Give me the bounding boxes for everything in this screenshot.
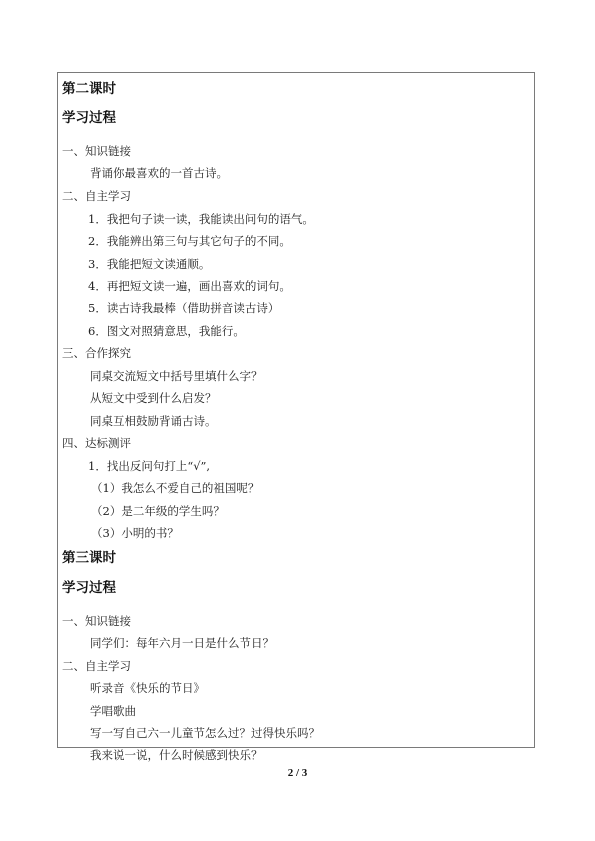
lesson2-section2-item: 6．图文对照猜意思，我能行。 [88,324,245,338]
lesson2-section1-item: 背诵你最喜欢的一首古诗。 [90,166,228,180]
lesson2-section3-item: 从短文中受到什么启发？ [90,391,217,405]
page-number: 2 / 3 [0,767,595,779]
lesson3-title: 第三课时 [62,550,116,566]
lesson2-section3-item: 同桌交流短文中括号里填什么字？ [90,369,263,383]
lesson3-section1-item: 同学们：每年六月一日是什么节日？ [90,636,274,650]
lesson2-section2-item: 2．我能辨出第三句与其它句子的不同。 [88,234,291,248]
lesson2-section4-option: （2）是二年级的学生吗？ [91,504,225,518]
lesson2-section1-title: 一、知识链接 [62,144,131,158]
lesson3-section2-item: 听录音《快乐的节日》 [90,681,205,695]
lesson2-section3-title: 三、合作探究 [62,346,131,360]
lesson2-section4-option: （1）我怎么不爱自己的祖国呢？ [91,481,259,495]
lesson2-section2-item: 1．我把句子读一读，我能读出问句的语气。 [88,212,314,226]
lesson3-section2-title: 二、自主学习 [62,659,131,673]
lesson2-section2-item: 3．我能把短文读通顺。 [88,257,210,271]
lesson3-section2-item: 写一写自己六一儿童节怎么过？过得快乐吗？ [90,726,320,740]
lesson2-section2-item: 5．读古诗我最棒（借助拼音读古诗） [88,301,279,315]
lesson-plan-box: 第二课时 学习过程 一、知识链接 背诵你最喜欢的一首古诗。 二、自主学习 1．我… [57,72,535,748]
lesson3-section1-title: 一、知识链接 [62,614,131,628]
lesson3-process-heading: 学习过程 [62,580,116,596]
lesson3-section2-item: 学唱歌曲 [90,704,136,718]
lesson2-title: 第二课时 [62,81,116,97]
lesson2-section2-item: 4．再把短文读一遍，画出喜欢的词句。 [88,279,291,293]
lesson2-section4-title: 四、达标测评 [62,436,131,450]
lesson2-section4-option: （3）小明的书？ [91,526,179,540]
lesson2-section4-question: 1．找出反问句打上“√”, [88,459,210,473]
lesson3-section2-item: 我来说一说，什么时候感到快乐？ [90,748,263,762]
lesson2-process-heading: 学习过程 [62,110,116,126]
lesson2-section2-title: 二、自主学习 [62,189,131,203]
lesson2-section3-item: 同桌互相鼓励背诵古诗。 [90,414,217,428]
